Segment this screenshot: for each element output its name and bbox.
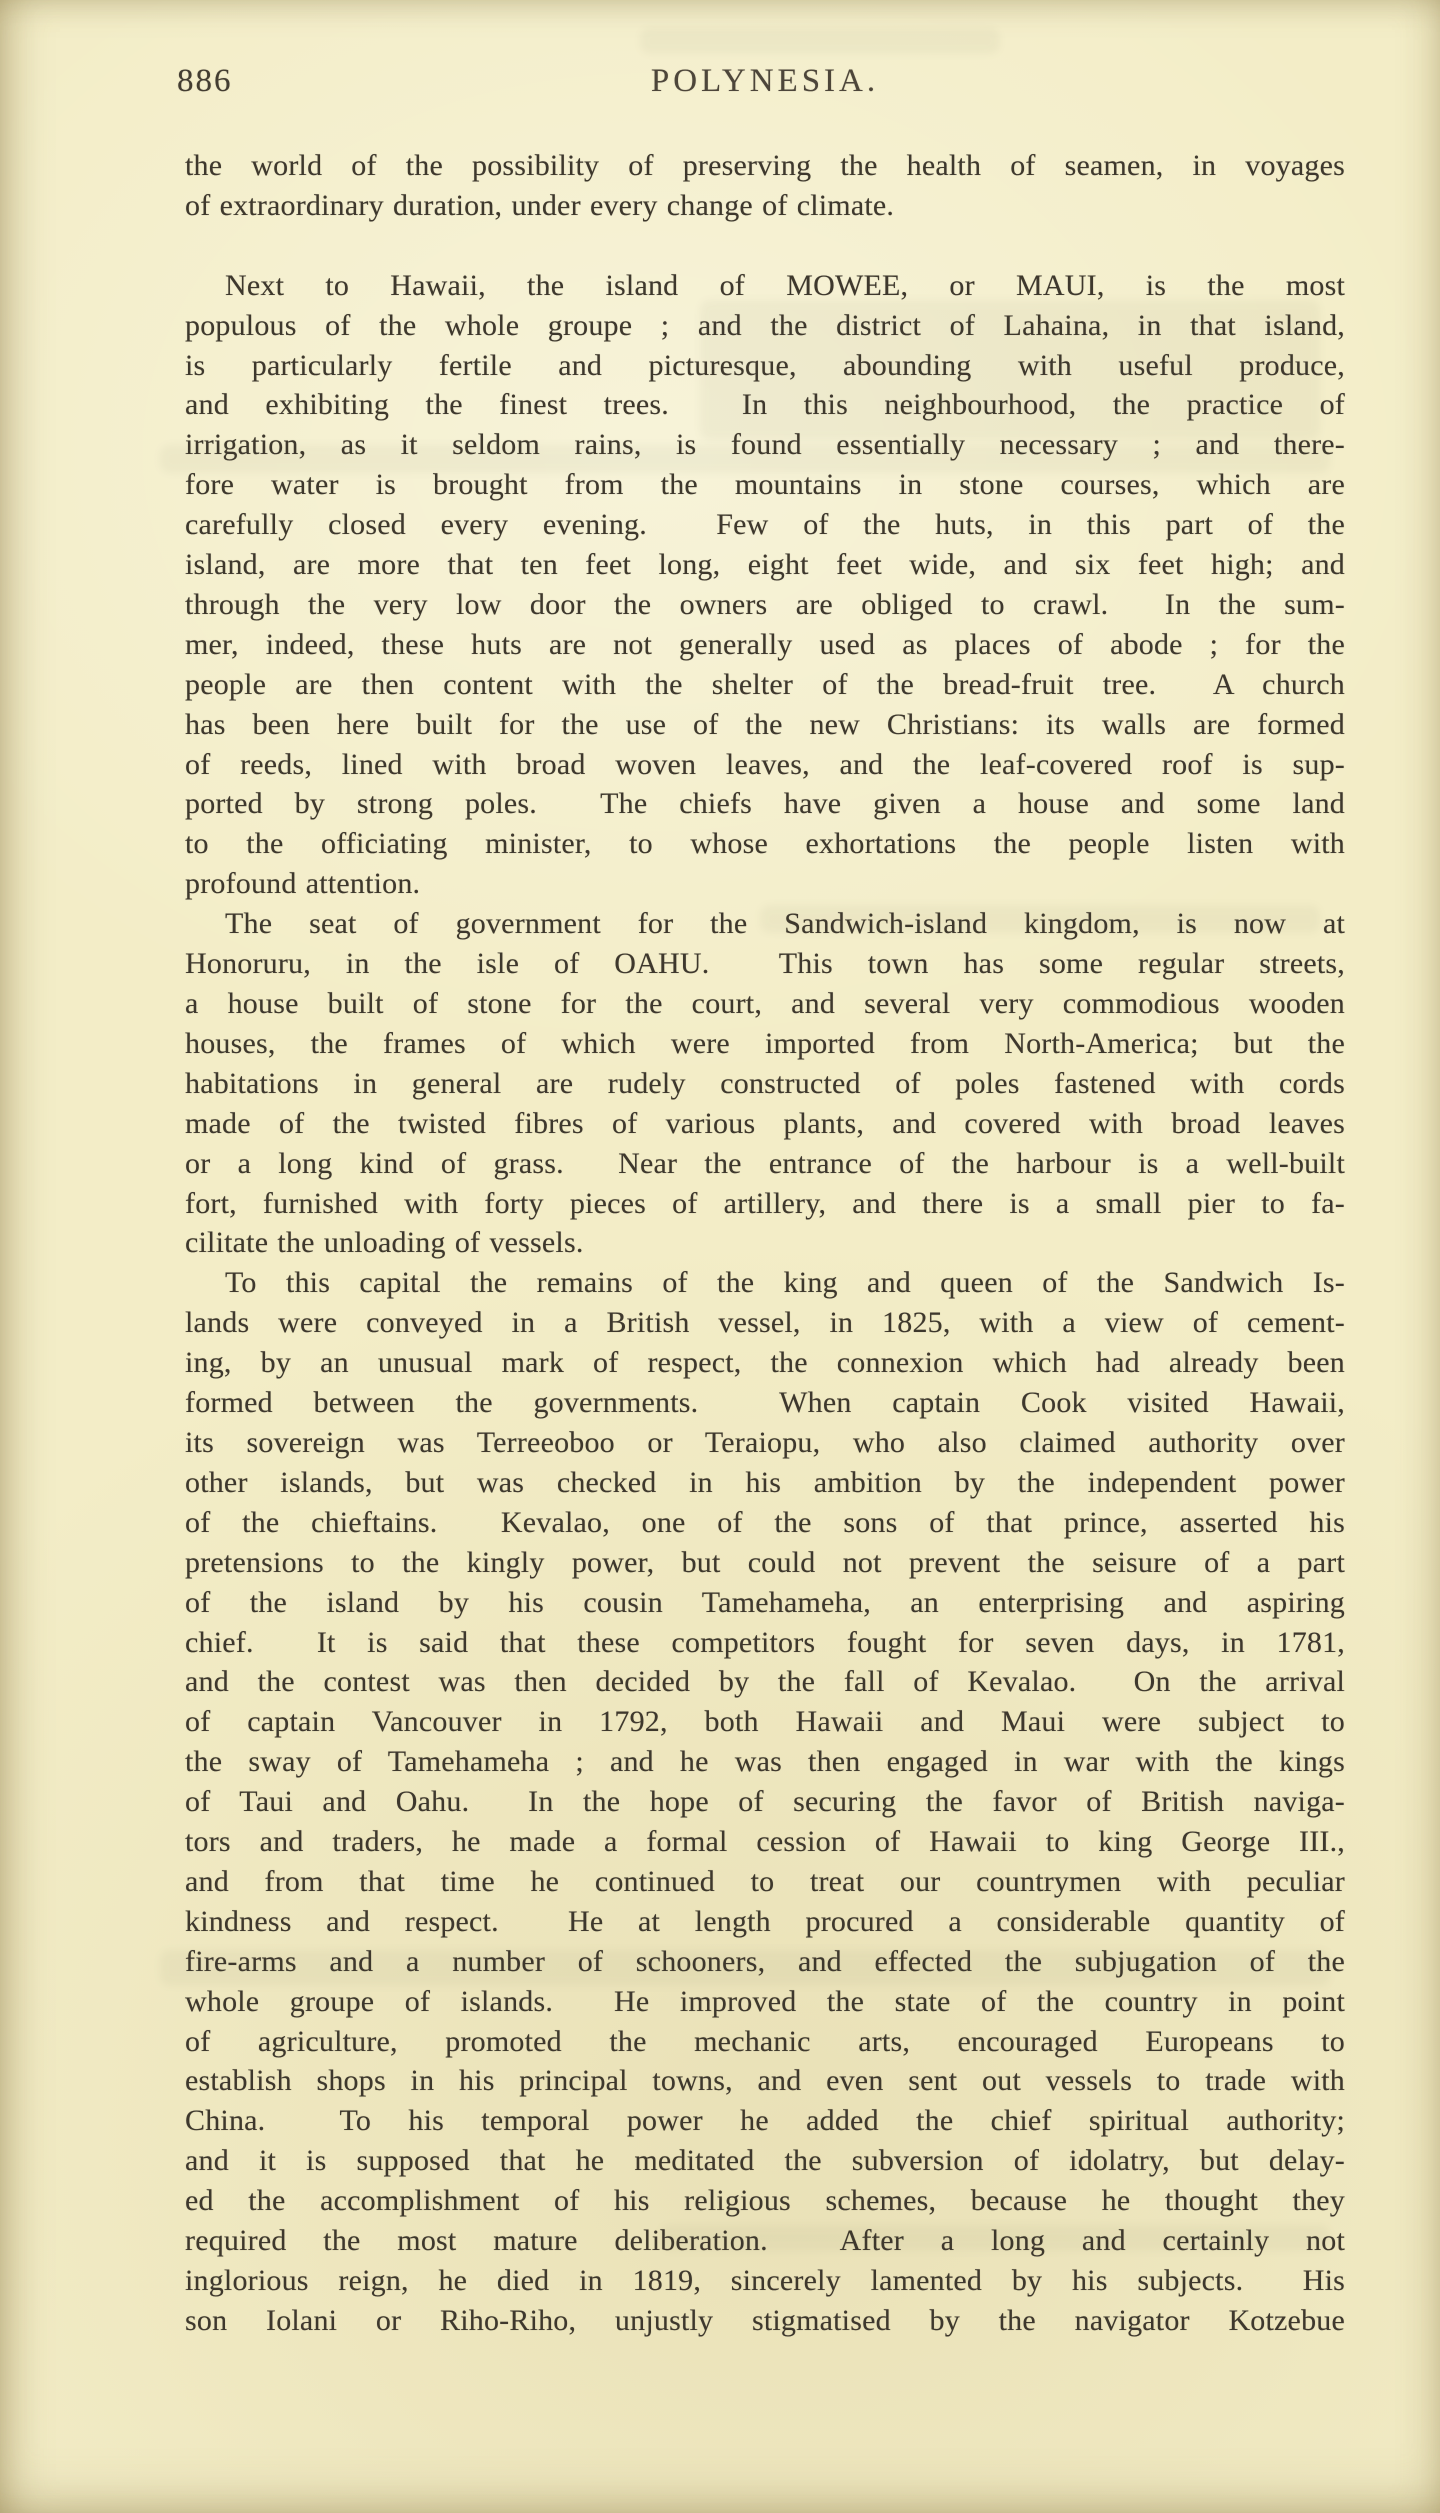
text-line: other islands, but was checked in his am…: [185, 1463, 1345, 1503]
text-line: the sway of Tamehameha ; and he was then…: [185, 1742, 1345, 1782]
running-head: 886 POLYNESIA.: [185, 63, 1345, 103]
text-line: fire-arms and a number of schooners, and…: [185, 1942, 1345, 1982]
text-line: fort, furnished with forty pieces of art…: [185, 1184, 1345, 1224]
text-line: carefully closed every evening. Few of t…: [185, 505, 1345, 545]
text-line: establish shops in his principal towns, …: [185, 2061, 1345, 2101]
text-line: mer, indeed, these huts are not generall…: [185, 625, 1345, 665]
text-line: has been here built for the use of the n…: [185, 705, 1345, 745]
text-line: or a long kind of grass. Near the entran…: [185, 1144, 1345, 1184]
text-line: irrigation, as it seldom rains, is found…: [185, 425, 1345, 465]
text-line: made of the twisted fibres of various pl…: [185, 1104, 1345, 1144]
text-line: of Taui and Oahu. In the hope of securin…: [185, 1782, 1345, 1822]
paragraph: The seat of government for the Sandwich-…: [185, 904, 1345, 1263]
text-line: and the contest was then decided by the …: [185, 1662, 1345, 1702]
text-line: The seat of government for the Sandwich-…: [185, 904, 1345, 944]
text-line: is particularly fertile and picturesque,…: [185, 346, 1345, 386]
text-line: of extraordinary duration, under every c…: [185, 186, 1345, 226]
text-line: its sovereign was Terreeoboo or Teraiopu…: [185, 1423, 1345, 1463]
text-line: profound attention.: [185, 864, 1345, 904]
text-line: people are then content with the shelter…: [185, 665, 1345, 705]
paragraph: Next to Hawaii, the island of MOWEE, or …: [185, 266, 1345, 905]
text-line: of reeds, lined with broad woven leaves,…: [185, 745, 1345, 785]
paragraph: the world of the possibility of preservi…: [185, 146, 1345, 226]
text-line: tors and traders, he made a formal cessi…: [185, 1822, 1345, 1862]
text-line: required the most mature deliberation. A…: [185, 2221, 1345, 2261]
text-line: ed the accomplishment of his religious s…: [185, 2181, 1345, 2221]
running-title: POLYNESIA.: [185, 63, 1345, 100]
text-line: pretensions to the kingly power, but cou…: [185, 1543, 1345, 1583]
text-line: China. To his temporal power he added th…: [185, 2101, 1345, 2141]
text-line: of the chieftains. Kevalao, one of the s…: [185, 1503, 1345, 1543]
text-line: son Iolani or Riho-Riho, unjustly stigma…: [185, 2301, 1345, 2341]
paragraph: To this capital the remains of the king …: [185, 1263, 1345, 2340]
text-line: and exhibiting the finest trees. In this…: [185, 385, 1345, 425]
show-through-smudge: [640, 28, 1000, 54]
text-line: Honoruru, in the isle of OAHU. This town…: [185, 944, 1345, 984]
text-line: populous of the whole groupe ; and the d…: [185, 306, 1345, 346]
text-line: houses, the frames of which were importe…: [185, 1024, 1345, 1064]
text-line: and from that time he continued to treat…: [185, 1862, 1345, 1902]
text-line: to the officiating minister, to whose ex…: [185, 824, 1345, 864]
text-line: whole groupe of islands. He improved the…: [185, 1982, 1345, 2022]
text-line: the world of the possibility of preservi…: [185, 146, 1345, 186]
text-line: of captain Vancouver in 1792, both Hawai…: [185, 1702, 1345, 1742]
text-line: chief. It is said that these competitors…: [185, 1623, 1345, 1663]
text-line: Next to Hawaii, the island of MOWEE, or …: [185, 266, 1345, 306]
text-line: ing, by an unusual mark of respect, the …: [185, 1343, 1345, 1383]
text-line: cilitate the unloading of vessels.: [185, 1223, 1345, 1263]
page-text: the world of the possibility of preservi…: [185, 146, 1345, 2341]
text-line: through the very low door the owners are…: [185, 585, 1345, 625]
text-line: formed between the governments. When cap…: [185, 1383, 1345, 1423]
text-line: inglorious reign, he died in 1819, since…: [185, 2261, 1345, 2301]
text-line: and it is supposed that he meditated the…: [185, 2141, 1345, 2181]
text-line: kindness and respect. He at length procu…: [185, 1902, 1345, 1942]
text-line: ported by strong poles. The chiefs have …: [185, 784, 1345, 824]
text-line: island, are more that ten feet long, eig…: [185, 545, 1345, 585]
text-line: of the island by his cousin Tamehameha, …: [185, 1583, 1345, 1623]
text-line: To this capital the remains of the king …: [185, 1263, 1345, 1303]
text-line: habitations in general are rudely constr…: [185, 1064, 1345, 1104]
text-line: lands were conveyed in a British vessel,…: [185, 1303, 1345, 1343]
text-line: of agriculture, promoted the mechanic ar…: [185, 2022, 1345, 2062]
book-page: 886 POLYNESIA. the world of the possibil…: [0, 0, 1440, 2513]
text-line: fore water is brought from the mountains…: [185, 465, 1345, 505]
text-line: a house built of stone for the court, an…: [185, 984, 1345, 1024]
